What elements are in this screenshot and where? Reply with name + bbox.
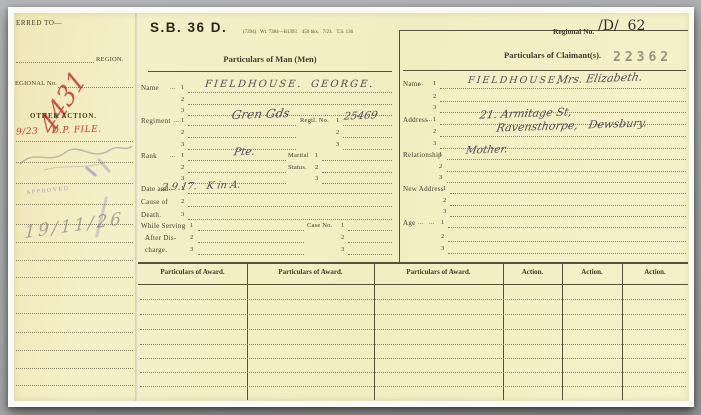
dotted-line [16,141,133,142]
marital-label: Marital [288,152,309,159]
claimant-number-stamp: 22362 [613,50,672,65]
dotted-line [348,242,392,243]
table-column-divider [562,262,563,400]
man-surname-value: FIELDHOUSE. [204,79,303,90]
dotted-line [348,230,392,231]
row-number: 3 [181,211,184,218]
referred-to-label: ERRED TO— [16,19,62,27]
row-number: 1 [439,151,442,158]
row-number: 1 [315,152,318,159]
dotted-line [16,368,133,369]
dotted-line [188,219,392,220]
relationship-label: Relationship [403,151,442,159]
row-number: 3 [433,104,436,111]
regional-no-value: /D/ 62 [598,18,645,34]
dotted-line [188,172,286,173]
dotted-line [448,253,686,254]
dotted-line [343,149,392,150]
dotted-line [198,230,304,231]
dotted-line [450,216,686,217]
row-number: 2 [181,198,184,205]
dotted-line [447,171,686,172]
dotted-line [16,62,94,63]
other-action-label: OTHER ACTION. [30,112,97,120]
leader-dots: ... [418,219,423,226]
dotted-line [447,159,686,160]
action-column-header: Action. [622,268,688,276]
row-number: 1 [433,80,436,87]
row-number: 1 [336,117,339,124]
man-forename-value: GEORGE. [310,79,375,90]
table-column-divider [247,262,248,400]
row-number: 2 [181,164,184,171]
row-number: 2 [315,164,318,171]
leader-dots: ... [170,152,175,159]
dotted-line [188,193,392,194]
while-serving-label: While Serving [141,222,186,230]
claimant-section-title: Particulars of Claimant(s). [504,50,601,60]
row-number: 1 [441,219,444,226]
dotted-line [198,254,304,255]
dotted-line [16,204,133,205]
relationship-value: Mother. [465,143,509,156]
dotted-line [450,205,686,206]
dotted-line [440,136,686,137]
dotted-line [16,162,133,163]
dotted-line [447,182,686,183]
action-column-header: Action. [562,268,622,276]
dotted-line [343,137,392,138]
table-header-rule [138,284,688,285]
table-column-divider [622,262,623,400]
dotted-line [16,295,133,296]
row-number: 1 [190,222,193,229]
row-number: 2 [190,234,193,241]
dotted-line [16,260,133,261]
row-number: 2 [181,129,184,136]
row-number: 3 [315,175,318,182]
dotted-line [16,313,133,314]
row-number: 3 [433,140,436,147]
regional-no-label: Regional No. [553,27,594,36]
row-number: 3 [190,246,193,253]
table-dotted-row [140,358,686,359]
award-column-header: Particulars of Award. [374,268,503,276]
row-number: 1 [443,185,446,192]
dotted-line [440,88,686,89]
section-divider [399,30,400,262]
row-number: 2 [181,96,184,103]
regiment-value: Gren Gds [231,106,291,122]
dotted-line [198,242,304,243]
dotted-line [16,350,133,351]
dotted-line [448,227,686,228]
table-dotted-row [140,329,686,330]
dotted-line [322,183,392,184]
row-number: 1 [341,222,344,229]
pencil-scrawl [14,140,136,174]
table-dotted-row [140,372,686,373]
row-number: 1 [433,116,436,123]
dotted-line [322,160,392,161]
dotted-line [16,385,133,386]
row-number: 1 [181,152,184,159]
claimant-surname-value: FIELDHOUSE. [467,75,562,86]
dotted-line [188,206,392,207]
row-number: 3 [341,246,344,253]
printer-imprint: (7394) Wt. 7384—B1393. 450 bks. 7/23. T.… [243,30,353,35]
dotted-line [16,277,133,278]
dotted-line [16,242,133,243]
row-number: 3 [439,174,442,181]
row-number: 2 [443,197,446,204]
dotted-line [343,125,392,126]
row-number: 1 [181,117,184,124]
row-number: 2 [341,234,344,241]
dotted-line [188,125,296,126]
address-label: Address [403,116,428,124]
status-label: Status. [288,164,307,171]
row-number: 3 [181,107,184,114]
row-number: 2 [336,129,339,136]
stub-fold-crease [135,13,139,401]
dotted-line [188,160,286,161]
row-number: 2 [439,163,442,170]
table-dotted-row [140,314,686,315]
table-dotted-row [140,386,686,387]
rule [148,71,392,72]
dotted-line [188,104,392,105]
after-discharge-label-1: After Dis- [145,234,177,242]
age-label: Age [403,219,416,227]
new-address-label: New Address [403,185,444,193]
award-column-header: Particulars of Award. [247,268,374,276]
action-column-header: Action. [503,268,562,276]
leader-dots: ... [174,117,179,124]
row-number: 3 [181,141,184,148]
rank-value: Pte. [233,146,256,159]
dotted-line [188,92,392,93]
after-discharge-label-2: charge. [145,246,167,254]
dotted-line [348,254,392,255]
dotted-line [188,137,296,138]
regtl-no-value: 25469 [343,109,379,122]
table-column-divider [503,262,504,400]
row-number: 1 [181,84,184,91]
row-number: 3 [443,208,446,215]
dotted-line [440,101,686,102]
row-number: 2 [433,93,436,100]
dotted-line [448,241,686,242]
row-number: 2 [433,128,436,135]
region-label: REGION. [96,56,124,63]
row-number: 3 [336,141,339,148]
leader-dots: ... [418,80,423,87]
scanned-record-card-page: ERRED TO— REGION. EGIONAL No. 4431 OTHER… [0,0,701,415]
death-label-2: Cause of [141,198,168,206]
table-top-rule [138,262,688,264]
death-label-3: Death. [141,211,161,219]
table-column-divider [374,262,375,400]
dotted-line [322,172,392,173]
regional-no-label: EGIONAL No. [15,80,57,87]
regtl-no-label: Regtl. No. [300,117,329,124]
row-number: 3 [441,245,444,252]
case-no-label: Case No. [307,222,332,229]
award-column-header: Particulars of Award. [138,268,247,276]
leader-dots: ... [427,116,432,123]
dotted-line [450,193,686,194]
leader-dots: ... [170,84,175,91]
dotted-line [16,332,133,333]
leader-dots: ... [429,219,434,226]
form-code: S.B. 36 D. [150,20,227,35]
man-section-title: Particulars of Man (Men) [150,54,390,64]
row-number: 2 [441,233,444,240]
table-dotted-row [140,344,686,345]
dotted-line [16,183,133,184]
man-name-label: Name [141,84,159,92]
regiment-label: Regiment [141,117,171,125]
table-dotted-row [140,299,686,300]
rank-label: Rank [141,152,157,160]
